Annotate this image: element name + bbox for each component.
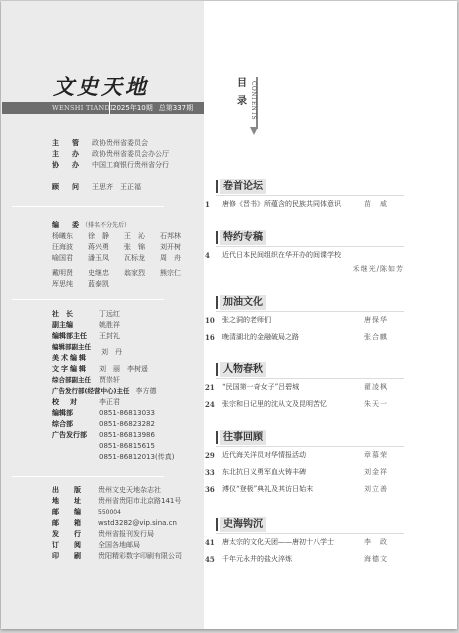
article-title: 近代海关洋员对华情报活动 <box>222 447 364 464</box>
divider <box>12 206 164 207</box>
toc-entry[interactable]: 33东北抗日义勇军血火铸丰碑刘金祥 <box>216 464 404 481</box>
section-marker <box>216 518 218 531</box>
author: 刘金祥 <box>364 464 404 481</box>
value: 0851-86823282 <box>97 419 155 430</box>
toc-section: 特约专稿 4近代日本民间组织在华开办的间谍学校 禾继光/陈如芳 <box>216 230 404 275</box>
member: 刘开树 <box>160 242 196 253</box>
label: 主 管 <box>52 138 92 149</box>
toc-section: 史海钩沉 41唐太宗的文化天团——唐初十八学士李 政 45千年元永井的盐火淬炼海… <box>216 517 404 568</box>
issue-info: 2025年10期总第337期 <box>112 103 199 113</box>
label: 订 阅 <box>52 540 98 551</box>
section-marker <box>216 296 218 309</box>
label: 发 行 <box>52 529 98 540</box>
member: 戴明贤 <box>52 268 88 279</box>
label: 综合部 <box>52 419 97 430</box>
spacer <box>216 264 334 275</box>
staff-list: 社 长丁远红 副主编姚胜祥 编辑部主任王封礼 编辑部副主任 美术编辑 刘 丹 文… <box>52 309 174 463</box>
staff-row: 广告发行部(经营中心)主任李方德 <box>52 386 174 397</box>
value: 贵州省报刊发行局 <box>98 529 154 540</box>
author: 唐保华 <box>364 312 404 329</box>
label: 副主编 <box>52 320 97 331</box>
value: 贾崇轩 <box>97 375 120 386</box>
page-number: 36 <box>205 481 222 498</box>
pub-row: 邮 箱wstd3282@vip.sina.cn <box>52 518 182 529</box>
section-header: 史海钩沉 <box>216 517 404 532</box>
page-number: 21 <box>205 379 222 396</box>
member: 熊宗仁 <box>160 268 196 279</box>
pub-row: 地 址贵州省贵阳市北京路141号 <box>52 496 182 507</box>
section-header: 特约专稿 <box>216 230 404 245</box>
issue-number: 2025年10期 <box>112 104 153 112</box>
sponsor-row: 协 办中国工商银行贵州省分行 <box>52 160 169 171</box>
staff-row: 校 对李正君 <box>52 397 174 408</box>
board-members-2: 戴明贤 史继忠 翁家烈 熊宗仁 厍思纯 蓝泰凯 <box>52 268 196 290</box>
staff-row: 综合部副主任贾崇轩 <box>52 375 174 386</box>
value: 0851-86813986 <box>97 430 155 441</box>
staff-group: 编辑部副主任 美术编辑 刘 丹 <box>52 342 174 364</box>
label: 邮 编 <box>52 507 98 518</box>
staff-row: 社 长丁远红 <box>52 309 174 320</box>
staff-row: 编辑部主任王封礼 <box>52 331 174 342</box>
label: 美术编辑 <box>52 353 97 364</box>
value: 0851-86813033 <box>97 408 155 419</box>
page-number: 41 <box>205 534 222 551</box>
toc-section: 人物春秋 21“民国第一奇女子”吕碧城翟凌枫 24张宗和日记里的沈从文及昆明苦忆… <box>216 362 404 413</box>
advisors: 顾 问王思齐 王正福 <box>52 182 141 193</box>
page-number: 16 <box>205 329 222 346</box>
table-of-contents: 目 录 CONTENTS 卷首论坛 1唐修《晋书》所蕴含的民族共同体意识苗 威 … <box>204 1 457 629</box>
member: 石邦林 <box>160 231 196 242</box>
board-title: 编 委（排名不分先后） <box>52 219 196 231</box>
label: 出 版 <box>52 485 98 496</box>
magazine-page: 文史天地 WENSHI TIANDI 2025年10期总第337期 主 管政协贵… <box>1 1 457 629</box>
value: 刘 丽 李树遥 <box>97 364 148 375</box>
value: 政协贵州省委员会 <box>92 138 148 149</box>
value: 王思齐 王正福 <box>92 182 141 193</box>
member: 张 锦 <box>124 242 160 253</box>
label: 编辑部 <box>52 408 97 419</box>
author: 禾继光/陈如芳 <box>334 264 404 275</box>
article-title: 晚清湖北的金融破局之路 <box>222 329 364 346</box>
value: 政协贵州省委员会办公厅 <box>92 149 169 160</box>
toc-entry[interactable]: 45千年元永井的盐火淬炼海德文 <box>216 551 404 568</box>
band-divider <box>109 102 110 114</box>
article-title: 千年元永井的盐火淬炼 <box>222 551 364 568</box>
toc-entry[interactable]: 16晚清湖北的金融破局之路张合麒 <box>216 329 404 346</box>
editorial-board: 编 委（排名不分先后） 杨曦东 徐 静 王 沁 石邦林 汪海波 蒋兴勇 张 锦 … <box>52 219 196 290</box>
label: 校 对 <box>52 397 97 408</box>
article-title: 溥仪“登极”典礼及其访日始末 <box>222 481 364 498</box>
member: 汪海波 <box>52 242 88 253</box>
toc-entry[interactable]: 1唐修《晋书》所蕴含的民族共同体意识苗 威 <box>216 196 404 213</box>
divider <box>12 476 164 477</box>
article-title: 张宗和日记里的沈从文及昆明苦忆 <box>222 396 364 413</box>
page-number: 1 <box>205 196 222 213</box>
article-title: 张之洞的老师们 <box>222 312 364 329</box>
section-name: 特约专稿 <box>220 230 266 245</box>
staff-row: 综合部0851-86823282 <box>52 419 174 430</box>
value: 丁远红 <box>97 309 120 320</box>
section-marker <box>216 431 218 444</box>
label: 地 址 <box>52 496 98 507</box>
author: 张合麒 <box>364 329 404 346</box>
label: 邮 箱 <box>52 518 98 529</box>
toc-title-char: 目 <box>237 77 249 91</box>
section-name: 卷首论坛 <box>220 179 266 194</box>
masthead-panel: 文史天地 WENSHI TIANDI 2025年10期总第337期 主 管政协贵… <box>1 1 204 629</box>
article-title: “民国第一奇女子”吕碧城 <box>222 379 364 396</box>
label: 协 办 <box>52 160 92 171</box>
staff-row: 0851-86815615 <box>52 441 174 452</box>
value: wstd3282@vip.sina.cn <box>98 518 177 529</box>
label: 综合部副主任 <box>52 375 97 386</box>
arrow-down-icon <box>250 127 258 135</box>
page-number: 29 <box>205 447 222 464</box>
value: 0851-86815615 <box>97 441 155 452</box>
pub-row: 印 刷贵阳精彩数字印刷有限公司 <box>52 551 182 562</box>
sponsors: 主 管政协贵州省委员会 主 办政协贵州省委员会办公厅 协 办中国工商银行贵州省分… <box>52 138 169 171</box>
value: 中国工商银行贵州省分行 <box>92 160 169 171</box>
member: 瓦标龙 <box>124 253 160 264</box>
label: 社 长 <box>52 309 97 320</box>
page-number: 24 <box>205 396 222 413</box>
author: 海德文 <box>364 551 404 568</box>
toc-entry[interactable]: 41唐太宗的文化天团——唐初十八学士李 政 <box>216 534 404 551</box>
issue-band: WENSHI TIANDI 2025年10期总第337期 <box>2 102 204 114</box>
section-header: 往事回顾 <box>216 430 404 445</box>
toc-entry[interactable]: 24张宗和日记里的沈从文及昆明苦忆朱天一 <box>216 396 404 413</box>
toc-entry[interactable]: 21“民国第一奇女子”吕碧城翟凌枫 <box>216 379 404 396</box>
divider <box>12 299 164 300</box>
value: 全国各地邮局 <box>98 540 140 551</box>
page-number: 45 <box>205 551 222 568</box>
section-name: 加油文化 <box>220 295 266 310</box>
note: （排名不分先后） <box>82 222 130 229</box>
member: 厍思纯 <box>52 279 88 290</box>
value: 贵州省贵阳市北京路141号 <box>98 496 181 507</box>
staff-row: 编辑部0851-86813033 <box>52 408 174 419</box>
value: 姚胜祥 <box>97 320 120 331</box>
member: 蒋兴勇 <box>88 242 124 253</box>
english-title: WENSHI TIANDI <box>2 104 108 112</box>
member: 喻国君 <box>52 253 88 264</box>
value: 刘 丹 <box>99 347 122 357</box>
publication-info: 出 版贵州文史天地杂志社 地 址贵州省贵阳市北京路141号 邮 编550004 … <box>52 485 182 562</box>
total-issue: 总第337期 <box>159 104 193 112</box>
toc-section: 往事回顾 29近代海关洋员对华情报活动章慕荣 33东北抗日义勇军血火铸丰碑刘金祥… <box>216 430 404 498</box>
staff-row: 副主编姚胜祥 <box>52 320 174 331</box>
value: 0851-86812013(传真) <box>97 452 174 463</box>
section-header: 卷首论坛 <box>216 179 404 194</box>
toc-entry[interactable]: 4近代日本民间组织在华开办的间谍学校 <box>216 247 404 264</box>
section-marker <box>216 231 218 244</box>
article-title: 唐太宗的文化天团——唐初十八学士 <box>222 534 364 551</box>
value: 贵阳精彩数字印刷有限公司 <box>98 551 182 562</box>
staff-row: 广告发行部0851-86813986 <box>52 430 174 441</box>
article-title: 唐修《晋书》所蕴含的民族共同体意识 <box>222 196 364 213</box>
member: 潘玉凤 <box>88 253 124 264</box>
page-number: 4 <box>205 247 222 264</box>
pub-row: 订 阅全国各地邮局 <box>52 540 182 551</box>
contents-label: CONTENTS <box>251 81 257 120</box>
toc-entry-author: 禾继光/陈如芳 <box>216 264 404 275</box>
magazine-logo: 文史天地 <box>53 71 165 97</box>
label: 广告发行部 <box>52 430 97 441</box>
board-members: 杨曦东 徐 静 王 沁 石邦林 汪海波 蒋兴勇 张 锦 刘开树 喻国君 潘玉凤 … <box>52 231 196 264</box>
toc-section: 加油文化 10张之洞的老师们唐保华 16晚清湖北的金融破局之路张合麒 <box>216 295 404 346</box>
author: 刘立善 <box>364 481 404 498</box>
value: 李方德 <box>129 386 156 397</box>
section-marker <box>216 180 218 193</box>
label <box>52 452 97 463</box>
member: 杨曦东 <box>52 231 88 242</box>
toc-title-char: 录 <box>237 95 249 109</box>
author: 朱天一 <box>364 396 404 413</box>
advisor-row: 顾 问王思齐 王正福 <box>52 182 141 193</box>
label: 编 委 <box>52 221 82 229</box>
section-name: 史海钩沉 <box>220 517 266 532</box>
member: 徐 静 <box>88 231 124 242</box>
value: 贵州文史天地杂志社 <box>98 485 161 496</box>
label: 编辑部主任 <box>52 331 97 342</box>
label: 顾 问 <box>52 182 92 193</box>
member: 蓝泰凯 <box>88 279 124 290</box>
label: 文字编辑 <box>52 364 97 375</box>
member: 史继忠 <box>88 268 124 279</box>
article-title: 近代日本民间组织在华开办的间谍学校 <box>222 247 404 264</box>
section-marker <box>216 363 218 376</box>
staff-row: 文字编辑刘 丽 李树遥 <box>52 364 174 375</box>
label: 编辑部副主任 <box>52 342 97 353</box>
pub-row: 邮 编550004 <box>52 507 182 518</box>
toc-section: 卷首论坛 1唐修《晋书》所蕴含的民族共同体意识苗 威 <box>216 179 404 213</box>
page-number: 33 <box>205 464 222 481</box>
toc-entry[interactable]: 36溥仪“登极”典礼及其访日始末刘立善 <box>216 481 404 498</box>
member: 翁家烈 <box>124 268 160 279</box>
value: 李正君 <box>97 397 120 408</box>
label: 主 办 <box>52 149 92 160</box>
label: 广告发行部(经营中心)主任 <box>52 386 129 397</box>
member: 周 舟 <box>160 253 196 264</box>
section-header: 加油文化 <box>216 295 404 310</box>
author: 李 政 <box>364 534 404 551</box>
member: 王 沁 <box>124 231 160 242</box>
value: 王封礼 <box>97 331 120 342</box>
sponsor-row: 主 办政协贵州省委员会办公厅 <box>52 149 169 160</box>
page-number: 10 <box>205 312 222 329</box>
section-header: 人物春秋 <box>216 362 404 377</box>
section-name: 人物春秋 <box>220 362 266 377</box>
label: 印 刷 <box>52 551 98 562</box>
pub-row: 出 版贵州文史天地杂志社 <box>52 485 182 496</box>
toc-entry[interactable]: 29近代海关洋员对华情报活动章慕荣 <box>216 447 404 464</box>
section-name: 往事回顾 <box>220 430 266 445</box>
staff-row: 0851-86812013(传真) <box>52 452 174 463</box>
label <box>52 441 97 452</box>
author: 章慕荣 <box>364 447 404 464</box>
toc-title: 目 录 <box>237 77 249 109</box>
sponsor-row: 主 管政协贵州省委员会 <box>52 138 169 149</box>
toc-entry[interactable]: 10张之洞的老师们唐保华 <box>216 312 404 329</box>
article-title: 东北抗日义勇军血火铸丰碑 <box>222 464 364 481</box>
author: 苗 威 <box>364 196 404 213</box>
value: 550004 <box>98 507 121 518</box>
author: 翟凌枫 <box>364 379 404 396</box>
pub-row: 发 行贵州省报刊发行局 <box>52 529 182 540</box>
